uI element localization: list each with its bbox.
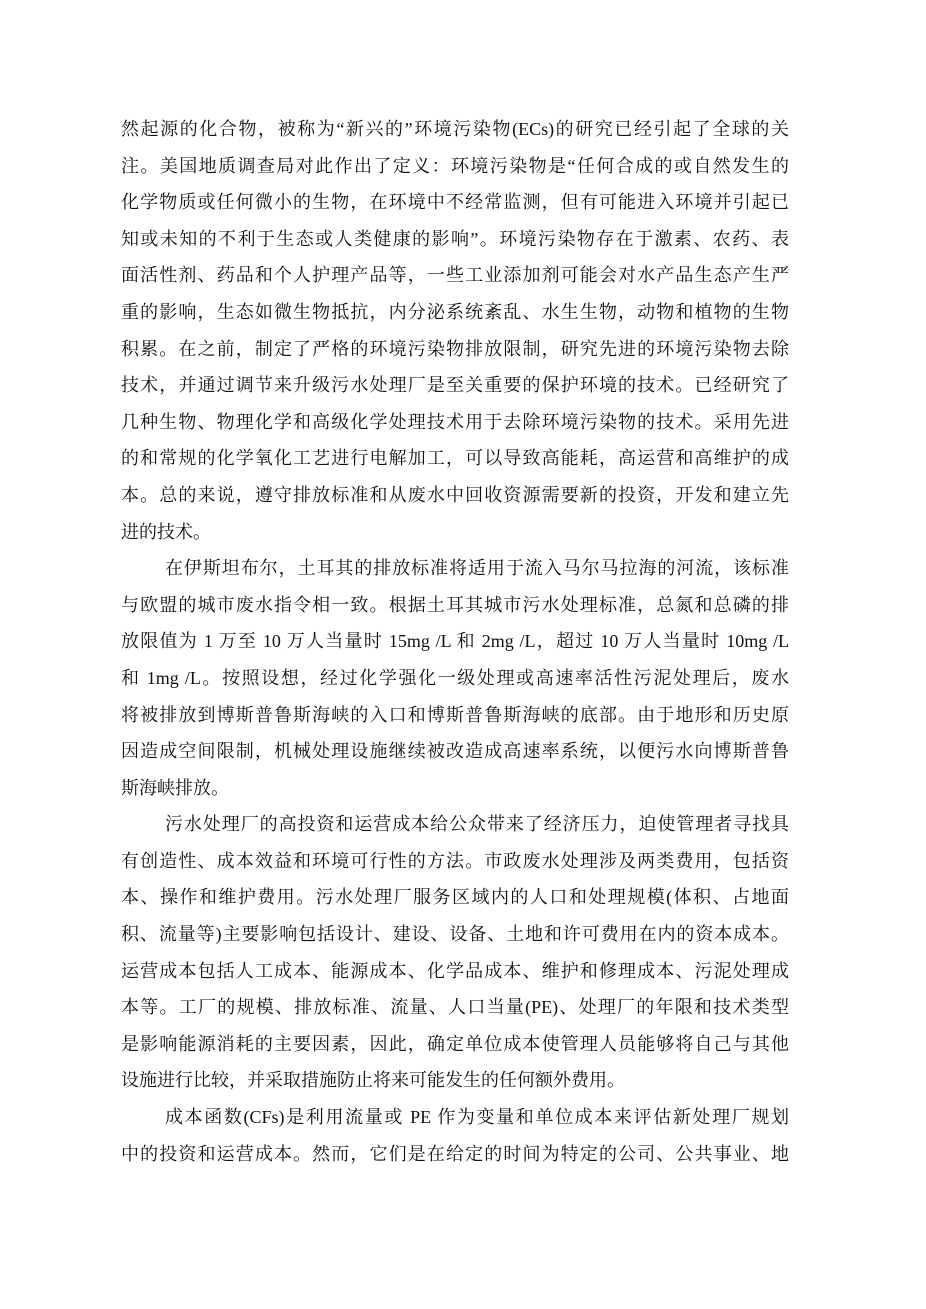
document-page: 然起源的化合物，被称为“新兴的”环境污染物(ECs)的研究已经引起了全球的关注。… xyxy=(0,0,926,1309)
text-line: 中的投资和运营成本。然而，它们是在给定的时间为特定的公司、公共事业、地 xyxy=(121,1136,789,1173)
text-line: 与欧盟的城市废水指令相一致。根据土耳其城市污水处理标准，总氮和总磷的排 xyxy=(121,587,789,624)
text-line: 然起源的化合物，被称为“新兴的”环境污染物(ECs)的研究已经引起了全球的关 xyxy=(121,111,789,148)
text-line: 和 1mg /L。按照设想，经过化学强化一级处理或高速率活性污泥处理后，废水 xyxy=(121,660,789,697)
text-line: 在伊斯坦布尔，土耳其的排放标准将适用于流入马尔马拉海的河流，该标准 xyxy=(121,550,789,587)
text-line: 进的技术。 xyxy=(121,514,789,551)
text-line: 是影响能源消耗的主要因素，因此，确定单位成本使管理人员能够将自己与其他 xyxy=(121,1026,789,1063)
text-line: 有创造性、成本效益和环境可行性的方法。市政废水处理涉及两类费用，包括资 xyxy=(121,843,789,880)
text-line: 因造成空间限制，机械处理设施继续被改造成高速率系统，以便污水向博斯普鲁 xyxy=(121,733,789,770)
text-line: 面活性剂、药品和个人护理产品等，一些工业添加剂可能会对水产品生态产生严 xyxy=(121,257,789,294)
text-line: 知或未知的不利于生态或人类健康的影响”。环境污染物存在于激素、农药、表 xyxy=(121,221,789,258)
text-line: 注。美国地质调查局对此作出了定义：环境污染物是“任何合成的或自然发生的 xyxy=(121,148,789,185)
text-line: 本等。工厂的规模、排放标准、流量、人口当量(PE)、处理厂的年限和技术类型 xyxy=(121,989,789,1026)
text-line: 技术，并通过调节来升级污水处理厂是至关重要的保护环境的技术。已经研究了 xyxy=(121,367,789,404)
text-line: 将被排放到博斯普鲁斯海峡的入口和博斯普鲁斯海峡的底部。由于地形和历史原 xyxy=(121,697,789,734)
text-line: 积累。在之前，制定了严格的环境污染物排放限制，研究先进的环境污染物去除 xyxy=(121,331,789,368)
text-line: 放限值为 1 万至 10 万人当量时 15mg /L 和 2mg /L，超过 1… xyxy=(121,623,789,660)
text-line: 本、操作和维护费用。污水处理厂服务区域内的人口和处理规模(体积、占地面 xyxy=(121,879,789,916)
text-line: 污水处理厂的高投资和运营成本给公众带来了经济压力，迫使管理者寻找具 xyxy=(121,806,789,843)
text-line: 成本函数(CFs)是利用流量或 PE 作为变量和单位成本来评估新处理厂规划 xyxy=(121,1099,789,1136)
text-line: 本。总的来说，遵守排放标准和从废水中回收资源需要新的投资，开发和建立先 xyxy=(121,477,789,514)
text-line: 积、流量等)主要影响包括设计、建设、设备、土地和许可费用在内的资本成本。 xyxy=(121,916,789,953)
text-line: 化学物质或任何微小的生物，在环境中不经常监测，但有可能进入环境并引起已 xyxy=(121,184,789,221)
text-line: 运营成本包括人工成本、能源成本、化学品成本、维护和修理成本、污泥处理成 xyxy=(121,953,789,990)
text-line: 重的影响，生态如微生物抵抗，内分泌系统紊乱、水生生物，动物和植物的生物 xyxy=(121,294,789,331)
text-line: 设施进行比较，并采取措施防止将来可能发生的任何额外费用。 xyxy=(121,1062,789,1099)
text-line: 的和常规的化学氧化工艺进行电解加工，可以导致高能耗，高运营和高维护的成 xyxy=(121,440,789,477)
text-line: 斯海峡排放。 xyxy=(121,770,789,807)
text-block: 然起源的化合物，被称为“新兴的”环境污染物(ECs)的研究已经引起了全球的关注。… xyxy=(121,111,789,1172)
text-line: 几种生物、物理化学和高级化学处理技术用于去除环境污染物的技术。采用先进 xyxy=(121,404,789,441)
